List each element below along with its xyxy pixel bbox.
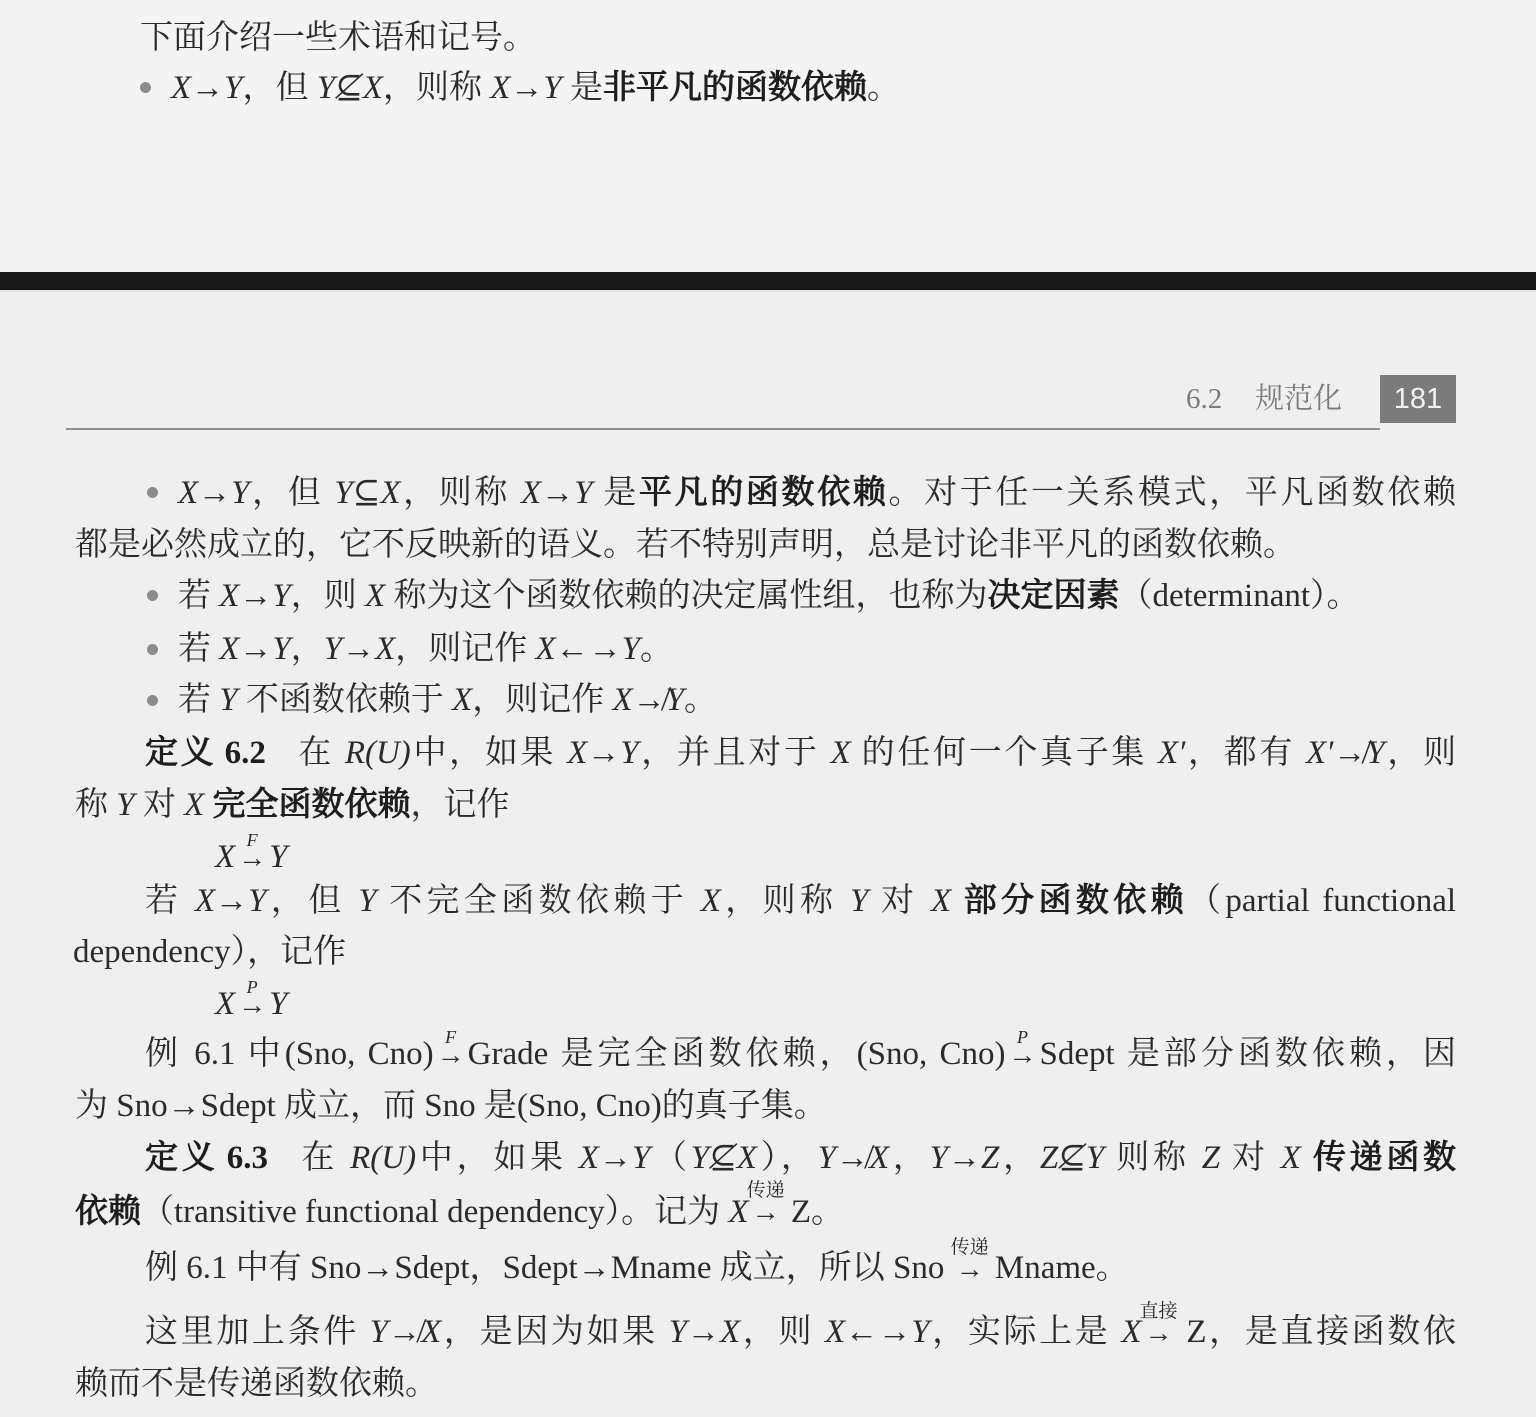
- text-line: 都是必然成立的，它不反映新的语义。若不特别声明，总是讨论非平凡的函数依赖。: [75, 523, 1296, 567]
- formula-partial-dependency: X→PY: [215, 982, 288, 1026]
- text: 若: [145, 883, 195, 919]
- text: 在: [296, 735, 345, 771]
- text: ，是因为如果: [441, 1314, 668, 1350]
- running-header-title: 规范化: [1255, 377, 1342, 421]
- math-symbol: Y: [269, 986, 287, 1022]
- text-line: 称 Y 对 X 完全函数依赖，记作: [75, 782, 510, 826]
- math-expression: Y⊆X: [334, 475, 400, 511]
- bullet-icon: [135, 65, 171, 109]
- text: 。: [640, 631, 673, 667]
- text: Mname。: [987, 1250, 1129, 1286]
- bullet-item-determinant: 若 X→Y，则 X 称为这个函数依赖的决定属性组，也称为决定因素（determi…: [142, 573, 1360, 617]
- text: ，: [889, 1140, 929, 1176]
- bold-term: 非平凡的函数依赖: [603, 68, 867, 105]
- labeled-arrow: →P: [1005, 1032, 1039, 1076]
- text: 不函数依赖于: [238, 682, 453, 718]
- text: 赖而不是传递函数依赖。: [75, 1366, 438, 1402]
- math-expression: Y↛X: [818, 1140, 890, 1176]
- math-symbol: Y: [269, 839, 287, 875]
- bold-term: 依赖: [75, 1192, 141, 1229]
- bullet-icon: [142, 470, 178, 514]
- text: 对: [868, 883, 931, 919]
- text: 称: [75, 787, 116, 823]
- arrow-label: 传递: [951, 1238, 989, 1257]
- text-line: 赖而不是传递函数依赖。: [75, 1362, 438, 1406]
- math-expression: R(U): [350, 1140, 416, 1176]
- math-expression: Y: [850, 883, 868, 919]
- intro-text: 下面介绍一些术语和记号。: [140, 20, 536, 56]
- text: ，则称: [401, 475, 521, 511]
- example-line: 例 6.1 中有 Sno→Sdept，Sdept→Mname 成立，所以 Sno…: [145, 1246, 1129, 1290]
- math-expression: X: [184, 787, 204, 823]
- text: ，都有: [1185, 735, 1306, 771]
- math-expression: X′↛Y: [1306, 735, 1385, 771]
- math-expression: Z⊈Y: [1040, 1140, 1104, 1176]
- running-header-section: 6.2: [1186, 377, 1222, 421]
- text: 对: [1220, 1140, 1281, 1176]
- bold-term: 决定因素: [987, 576, 1119, 613]
- text: 是: [592, 475, 639, 511]
- text: 在: [298, 1140, 350, 1176]
- math-symbol: X: [728, 1194, 748, 1230]
- text: Grade 是完全函数依赖，(Sno, Cno): [468, 1036, 1006, 1072]
- math-expression: X: [831, 735, 851, 771]
- text: 这里加上条件: [145, 1314, 370, 1350]
- math-expression: X: [931, 883, 951, 919]
- text: ，实际上是: [930, 1314, 1122, 1350]
- text: 对: [135, 787, 185, 823]
- math-expression: Y⊈X: [691, 1140, 757, 1176]
- page-separator-bar: [0, 272, 1536, 290]
- text: 例 6.1 中有 Sno→Sdept，Sdept→Mname 成立，所以 Sno: [145, 1250, 953, 1286]
- math-expression: X→Y: [171, 70, 243, 106]
- formula-full-dependency: X→FY: [215, 835, 288, 879]
- definition-number: 6.3: [227, 1140, 268, 1176]
- page-number-badge: 181: [1380, 375, 1456, 423]
- math-expression: X: [701, 883, 721, 919]
- math-expression: X: [1281, 1140, 1301, 1176]
- math-expression: X←→Y: [825, 1314, 930, 1350]
- math-symbol: X: [215, 839, 235, 875]
- text: 的任何一个真子集: [851, 735, 1158, 771]
- previous-page-fragment: 下面介绍一些术语和记号。 X→Y，但 Y⊈X，则称 X→Y 是非平凡的函数依赖。: [0, 0, 1536, 272]
- text-line: 为 Sno→Sdept 成立，而 Sno 是(Sno, Cno)的真子集。: [75, 1084, 827, 1128]
- text: 称为这个函数依赖的决定属性组，也称为: [385, 578, 987, 614]
- math-expression: X→Y: [195, 883, 267, 919]
- math-expression: X→Y: [567, 735, 639, 771]
- math-expression: Y: [219, 682, 237, 718]
- text: （transitive functional dependency）。记为: [141, 1194, 728, 1230]
- text: Z，是直接函数依: [1175, 1314, 1456, 1350]
- arrow-icon: →: [1144, 1318, 1172, 1349]
- text: ），: [757, 1140, 818, 1176]
- text: 为 Sno→Sdept 成立，而 Sno 是(Sno, Cno)的真子集。: [75, 1088, 827, 1124]
- text: （partial functional: [1188, 883, 1456, 919]
- labeled-arrow: →传递: [953, 1246, 987, 1290]
- text: [1301, 1140, 1313, 1176]
- text-line: dependency），记作: [73, 930, 346, 974]
- math-symbol: X: [215, 986, 235, 1022]
- text: 例 6.1 中(Sno, Cno): [145, 1036, 434, 1072]
- text: 。: [684, 682, 717, 718]
- labeled-arrow: →传递: [749, 1189, 783, 1233]
- text: 都是必然成立的，它不反映新的语义。若不特别声明，总是讨论非平凡的函数依赖。: [75, 527, 1296, 563]
- definition-label: 定义: [145, 733, 216, 770]
- text: ，则: [1385, 735, 1456, 771]
- text: ，: [291, 631, 324, 667]
- math-expression: Y↛X: [370, 1314, 442, 1350]
- arrow-label: F: [445, 1028, 456, 1046]
- definition-number: 6.2: [225, 735, 266, 771]
- text: 中，如果: [411, 735, 567, 771]
- text: ，记作: [411, 787, 510, 823]
- text: ，: [999, 1140, 1039, 1176]
- math-expression: X: [452, 682, 472, 718]
- text: ，则: [740, 1314, 825, 1350]
- bold-term: 部分函数依赖: [964, 881, 1188, 918]
- math-expression: X→Y: [178, 475, 250, 511]
- text: 中，如果: [416, 1140, 579, 1176]
- bullet-item-not-dependent: 若 Y 不函数依赖于 X，则记作 X↛Y。: [142, 678, 717, 722]
- math-expression: Y⊈X: [317, 70, 383, 106]
- header-rule: [66, 428, 1380, 430]
- text: ，则记作: [472, 682, 612, 718]
- math-expression: X→Y: [579, 1140, 651, 1176]
- math-expression: X→Y: [219, 631, 291, 667]
- partial-dependency-line: 若 X→Y，但 Y 不完全函数依赖于 X，则称 Y 对 X 部分函数依赖（par…: [145, 878, 1456, 922]
- math-expression: X→Y: [490, 70, 562, 106]
- text: ，但: [250, 475, 335, 511]
- definition-label: 定义: [145, 1138, 218, 1175]
- text: dependency），记作: [73, 934, 346, 970]
- arrow-label: 直接: [1139, 1302, 1177, 1321]
- math-expression: Y→X: [669, 1314, 741, 1350]
- text: [204, 787, 212, 823]
- text: 则称: [1104, 1140, 1201, 1176]
- math-expression: Y: [358, 883, 376, 919]
- example-line: 例 6.1 中(Sno, Cno)→FGrade 是完全函数依赖，(Sno, C…: [145, 1032, 1456, 1076]
- bold-term: 完全函数依赖: [213, 785, 411, 822]
- arrow-label: F: [247, 831, 258, 849]
- bullet-icon: [142, 678, 178, 722]
- text: 。: [867, 70, 900, 106]
- text: （: [650, 1140, 690, 1176]
- intro-paragraph: 下面介绍一些术语和记号。: [140, 16, 536, 60]
- math-expression: X→Y: [521, 475, 593, 511]
- math-expression: X: [365, 578, 385, 614]
- math-expression: Z: [1202, 1140, 1220, 1176]
- labeled-arrow: →F: [434, 1032, 468, 1076]
- bullet-icon: [142, 573, 178, 617]
- text: 若: [178, 682, 219, 718]
- math-expression: R(U): [345, 735, 411, 771]
- text: （determinant）。: [1119, 578, 1359, 614]
- math-expression: Y→Z: [930, 1140, 1000, 1176]
- arrow-label: P: [247, 978, 258, 996]
- text: 若: [178, 578, 219, 614]
- definition-6-2-line: 定义6.2在 R(U)中，如果 X→Y，并且对于 X 的任何一个真子集 X′，都…: [145, 730, 1456, 774]
- math-expression: X→Y: [219, 578, 291, 614]
- text: ，则: [291, 578, 365, 614]
- bullet-item-mutual-dependency: 若 X→Y，Y→X，则记作 X←→Y。: [142, 627, 673, 671]
- text: ，则称: [383, 70, 490, 106]
- math-expression: Y: [116, 787, 134, 823]
- arrow-icon: →: [956, 1254, 984, 1285]
- bullet-item-nontrivial-fd: X→Y，但 Y⊈X，则称 X→Y 是非平凡的函数依赖。: [135, 65, 900, 109]
- math-expression: X′: [1158, 735, 1185, 771]
- text: ，但: [267, 883, 359, 919]
- text: 是: [562, 70, 603, 106]
- math-expression: X←→Y: [536, 631, 641, 667]
- text: ，则记作: [395, 631, 535, 667]
- explanation-line: 这里加上条件 Y↛X，是因为如果 Y→X，则 X←→Y，实际上是 X→直接 Z，…: [145, 1310, 1456, 1354]
- text: Sdept 是部分函数依赖，因: [1039, 1036, 1456, 1072]
- text: 。对于任一关系模式，平凡函数依赖: [888, 475, 1456, 511]
- definition-6-3-line: 定义6.3在 R(U)中，如果 X→Y（Y⊈X），Y↛X，Y→Z，Z⊈Y 则称 …: [145, 1135, 1456, 1179]
- math-symbol: X: [1121, 1314, 1141, 1350]
- text: ，并且对于: [639, 735, 831, 771]
- text: ，但: [243, 70, 317, 106]
- math-expression: X↛Y: [613, 682, 685, 718]
- bullet-item-trivial-fd: X→Y，但 Y⊆X，则称 X→Y 是平凡的函数依赖。对于任一关系模式，平凡函数依…: [142, 470, 1456, 514]
- book-page: 6.2 规范化 181 X→Y，但 Y⊆X，则称 X→Y 是平凡的函数依赖。对于…: [0, 290, 1536, 1417]
- bold-term: 传递函数: [1313, 1138, 1456, 1175]
- arrow-label: 传递: [747, 1181, 785, 1200]
- math-expression: Y→X: [324, 631, 396, 667]
- text: Z。: [783, 1194, 844, 1230]
- arrow-icon: →: [752, 1197, 780, 1228]
- labeled-arrow: →F: [235, 835, 269, 879]
- arrow-label: P: [1017, 1028, 1028, 1046]
- text-line: 依赖（transitive functional dependency）。记为 …: [75, 1189, 844, 1233]
- bold-term: 平凡的函数依赖: [639, 473, 888, 510]
- labeled-arrow: →直接: [1141, 1310, 1175, 1354]
- text: ，则称: [721, 883, 850, 919]
- bullet-icon: [142, 627, 178, 671]
- labeled-arrow: →P: [235, 982, 269, 1026]
- text: [951, 883, 964, 919]
- text: 不完全函数依赖于: [377, 883, 701, 919]
- text: 若: [178, 631, 219, 667]
